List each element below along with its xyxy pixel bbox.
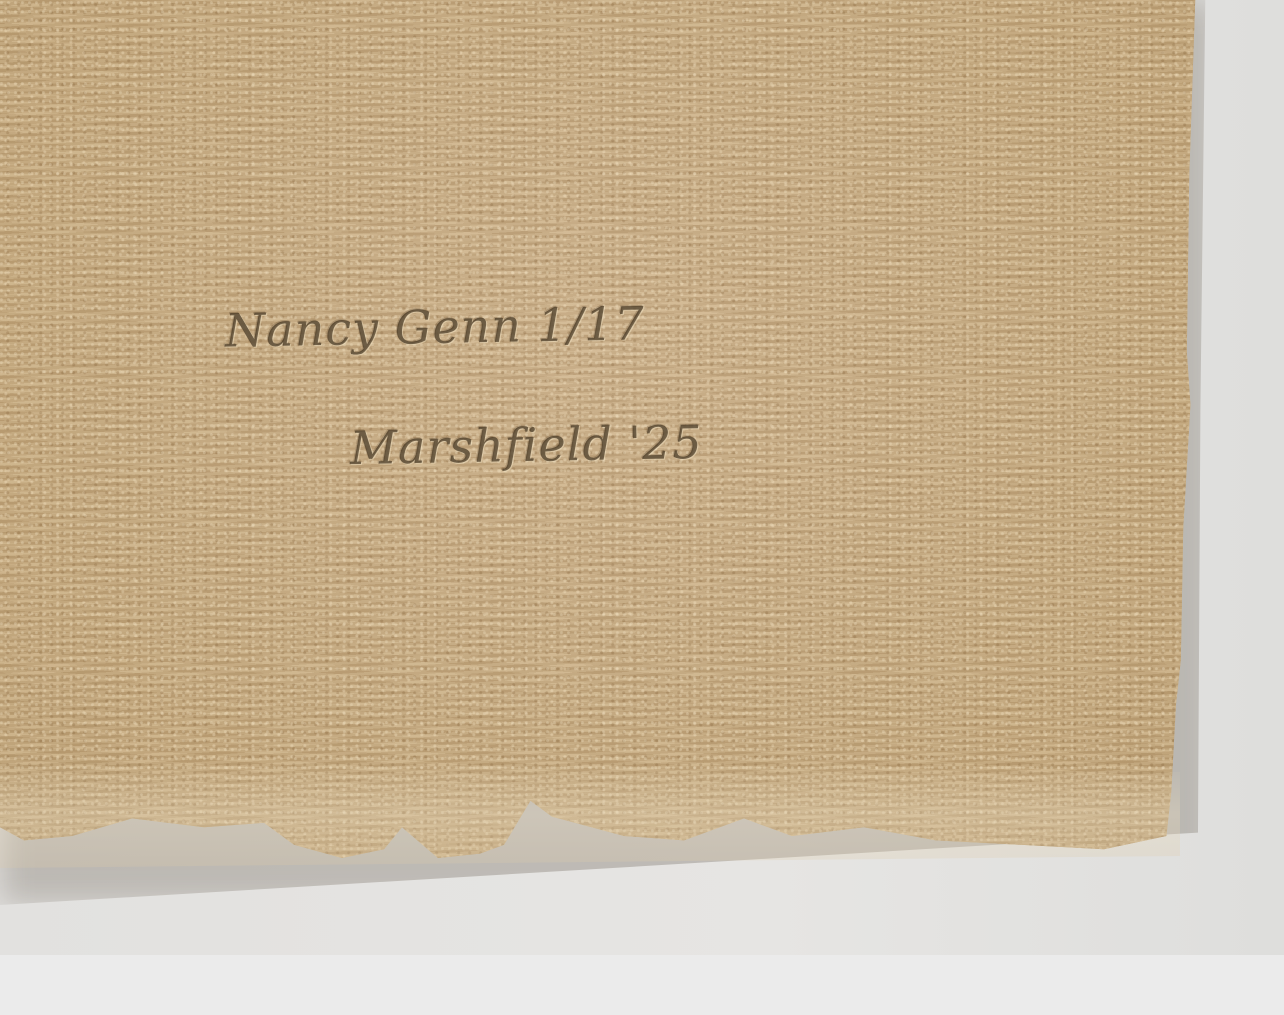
signature-inscription: Nancy Genn 1/17 bbox=[225, 296, 646, 357]
artwork-photo: Nancy Genn 1/17 Marshfield '25 bbox=[0, 0, 1284, 955]
bottom-band bbox=[0, 955, 1284, 1015]
location-inscription: Marshfield '25 bbox=[350, 415, 704, 475]
